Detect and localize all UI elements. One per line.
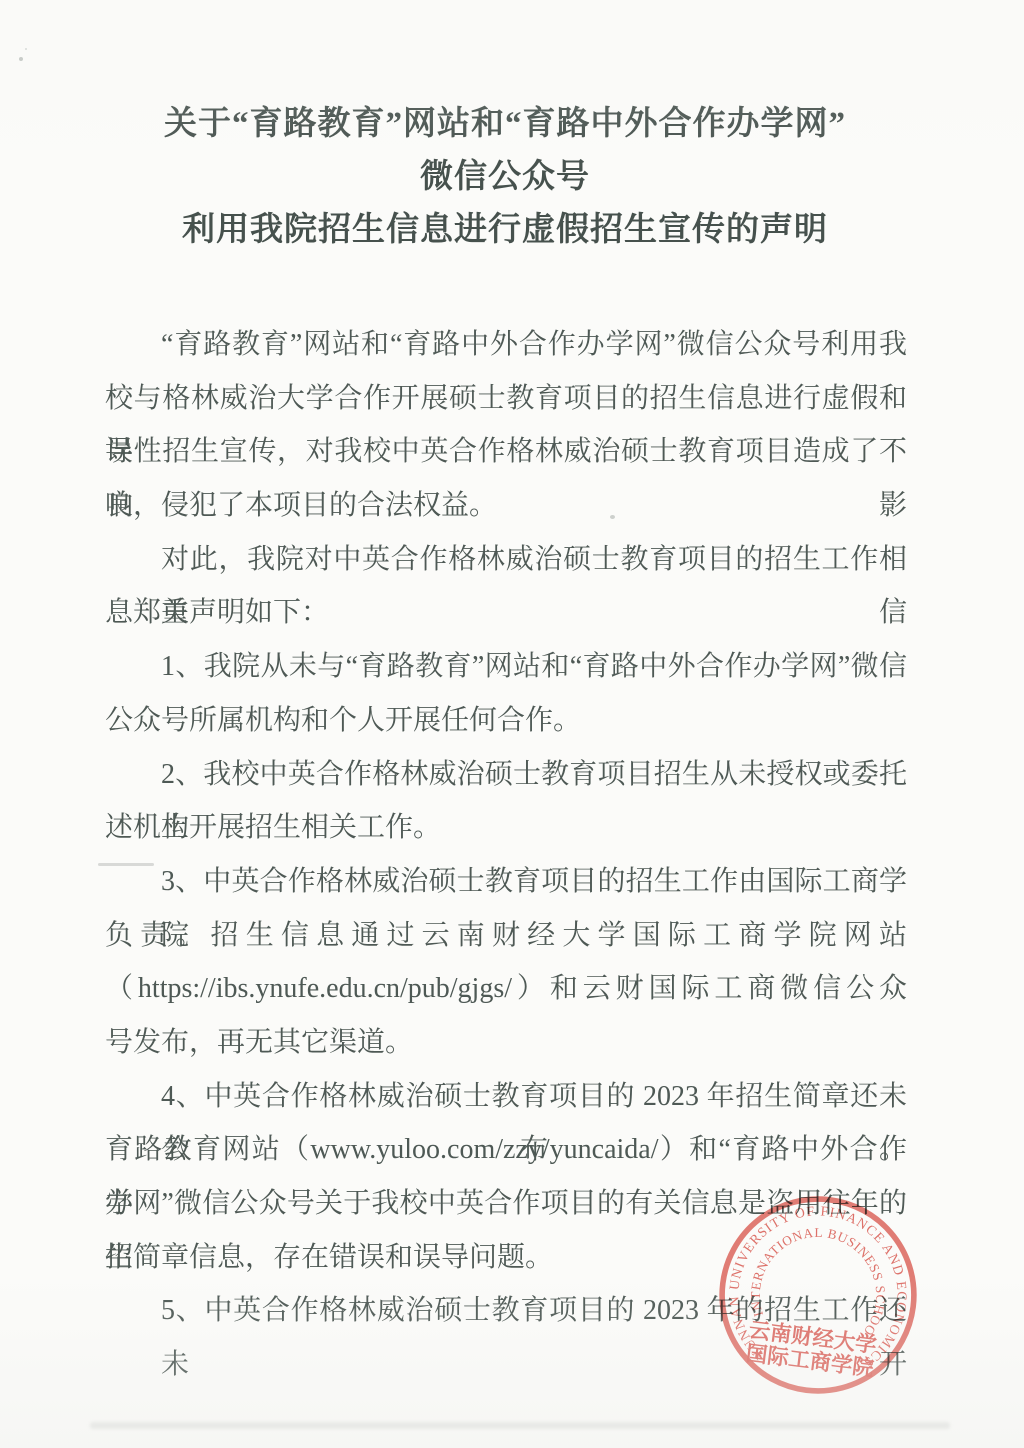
title-line-3: 利用我院招生信息进行虚假招生宣传的声明 [105, 204, 905, 257]
title-line-1: 关于“育路教育”网站和“育路中外合作办学网” [105, 98, 905, 151]
body-line-10: 述机构开展招生相关工作。 [105, 801, 907, 855]
body-line-16: 育路教育网站（www.yuloo.com/zzy/yuncaida/）和“育路中… [105, 1123, 907, 1177]
body-line-11: 3、中英合作格林威治硕士教育项目的招生工作由国际工商学院 [105, 855, 907, 909]
scan-streak-bottom [90, 1422, 950, 1429]
scan-speck-middle [610, 515, 615, 519]
body-line-12: 负责。招生信息通过云南财经大学国际工商学院网站 [105, 909, 907, 963]
body-line-14: 号发布，再无其它渠道。 [105, 1016, 907, 1070]
official-seal-stamp: YUNNAN UNIVERSITY OF FINANCE AND ECONOMI… [716, 1193, 920, 1397]
document-body: “育路教育”网站和“育路中外合作办学网”微信公众号利用我校与格林威治大学合作开展… [105, 318, 907, 1338]
title-line-2: 微信公众号 [105, 151, 905, 204]
body-line-7: 1、我院从未与“育路教育”网站和“育路中外合作办学网”微信 [105, 640, 907, 694]
body-line-3: 导性招生宣传，对我校中英合作格林威治硕士教育项目造成了不良影 [105, 425, 907, 479]
body-line-1: “育路教育”网站和“育路中外合作办学网”微信公众号利用我 [105, 318, 907, 372]
body-line-5: 对此，我院对中英合作格林威治硕士教育项目的招生工作相关信 [105, 533, 907, 587]
scan-dash-left [98, 863, 154, 866]
body-line-8: 公众号所属机构和个人开展任何合作。 [105, 694, 907, 748]
body-line-9: 2、我校中英合作格林威治硕士教育项目招生从未授权或委托上 [105, 748, 907, 802]
body-line-13: （https://ibs.ynufe.edu.cn/pub/gjgs/）和云财国… [105, 962, 907, 1016]
document-title: 关于“育路教育”网站和“育路中外合作办学网” 微信公众号 利用我院招生信息进行虚… [105, 98, 905, 257]
scan-speck-topleft [19, 57, 23, 61]
body-line-2: 校与格林威治大学合作开展硕士教育项目的招生信息进行虚假和误 [105, 372, 907, 426]
body-line-15: 4、中英合作格林威治硕士教育项目的 2023 年招生简章还未公布。 [105, 1070, 907, 1124]
scanned-document-page: 关于“育路教育”网站和“育路中外合作办学网” 微信公众号 利用我院招生信息进行虚… [0, 0, 1024, 1448]
seal-graphic: YUNNAN UNIVERSITY OF FINANCE AND ECONOMI… [716, 1193, 920, 1397]
